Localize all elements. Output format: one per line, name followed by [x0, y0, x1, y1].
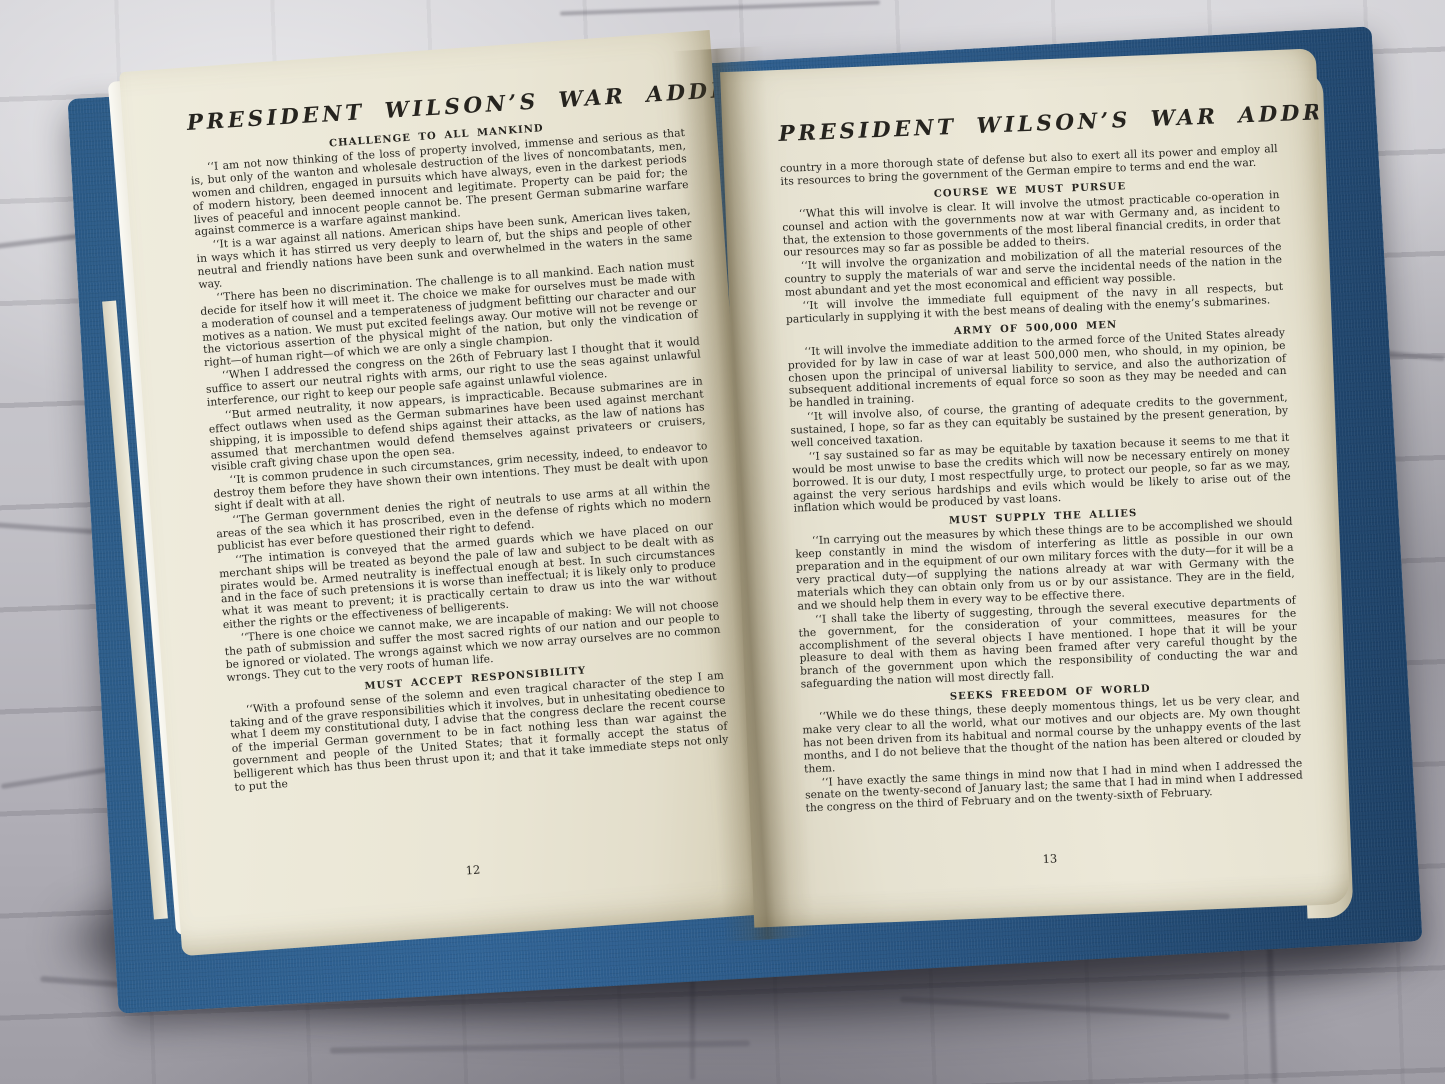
mortar-crack — [330, 1040, 750, 1053]
left-page: PRESIDENT WILSON’S WAR ADDRESS CHALLENGE… — [119, 30, 773, 956]
book-photo-scene: PRESIDENT WILSON’S WAR ADDRESS CHALLENGE… — [0, 0, 1445, 1084]
page-number: 13 — [752, 840, 1348, 878]
page-number: 12 — [177, 842, 768, 898]
mortar-crack — [560, 0, 880, 15]
running-head: PRESIDENT WILSON’S WAR ADDRESS — [778, 102, 1277, 147]
right-page: PRESIDENT WILSON’S WAR ADDRESS country i… — [720, 48, 1350, 927]
